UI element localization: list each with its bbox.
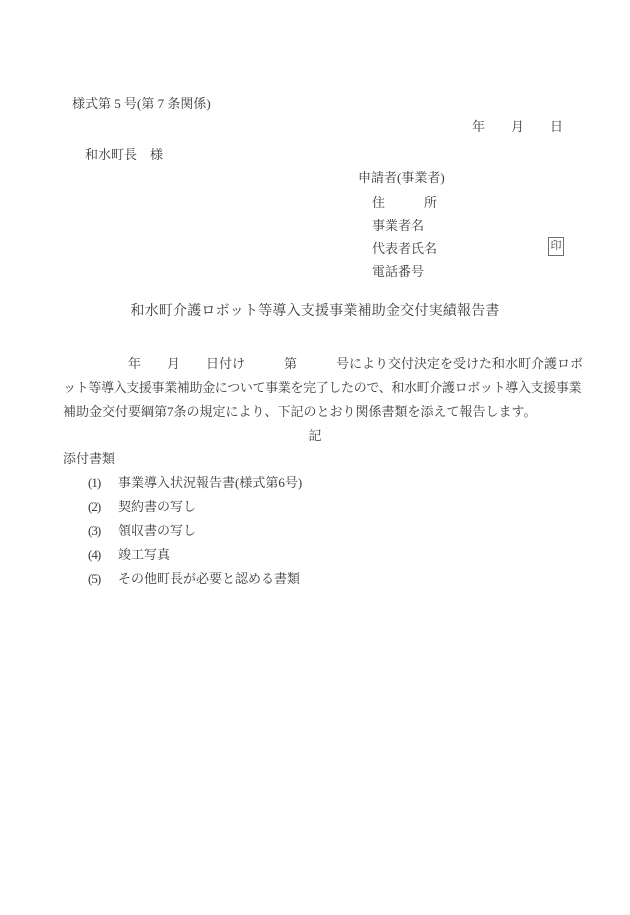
attachments-heading: 添付書類 xyxy=(63,452,115,467)
seal-box: 印 xyxy=(548,237,564,256)
attachment-item-text: 領収書の写し xyxy=(118,524,196,539)
attachment-item-text: 契約書の写し xyxy=(118,500,196,515)
attachment-item-number: (3) xyxy=(88,524,100,539)
attachment-item: (5) その他町長が必要と認める書類 xyxy=(0,572,630,590)
attachment-item-number: (5) xyxy=(88,572,100,587)
document-title: 和水町介護ロボット等導入支援事業補助金交付実績報告書 xyxy=(0,304,630,320)
date-line: 年 月 日 xyxy=(472,120,563,135)
attachment-item-number: (4) xyxy=(88,548,100,563)
applicant-heading: 申請者(事業者) xyxy=(358,171,445,186)
attachment-item-text: 竣工写真 xyxy=(118,548,170,563)
representative-label: 代表者氏名 xyxy=(372,242,437,257)
attachment-item: (2) 契約書の写し xyxy=(0,500,630,518)
body-paragraph-line-1: 年 月 日付け 第 号により交付決定を受けた和水町介護ロボ xyxy=(63,357,583,372)
phone-label: 電話番号 xyxy=(372,265,424,280)
body-paragraph-line-3: 補助金交付要綱第7条の規定により、下記のとおり関係書類を添えて報告します。 xyxy=(63,405,583,420)
attachment-item: (3) 領収書の写し xyxy=(0,524,630,542)
body-paragraph-line-2: ット等導入支援事業補助金について事業を完了したので、和水町介護ロボット導入支援事… xyxy=(63,381,583,396)
attachment-item-number: (1) xyxy=(88,476,100,491)
body-line-1-text: 年 月 日付け 第 号により交付決定を受けた和水町介護ロボ xyxy=(128,356,583,371)
business-name-label: 事業者名 xyxy=(372,219,424,234)
attachment-item-text: その他町長が必要と認める書類 xyxy=(118,572,300,587)
form-number: 様式第 5 号(第 7 条関係) xyxy=(72,97,211,112)
addressee: 和水町長 様 xyxy=(85,148,163,163)
attachment-item: (1) 事業導入状況報告書(様式第6号) xyxy=(0,476,630,494)
address-label: 住 所 xyxy=(372,196,437,211)
attachment-item: (4) 竣工写真 xyxy=(0,548,630,566)
attachment-item-number: (2) xyxy=(88,500,100,515)
record-mark: 記 xyxy=(0,429,630,444)
attachment-item-text: 事業導入状況報告書(様式第6号) xyxy=(118,476,302,491)
document-page: 様式第 5 号(第 7 条関係) 年 月 日 和水町長 様 申請者(事業者) 住… xyxy=(0,0,630,915)
